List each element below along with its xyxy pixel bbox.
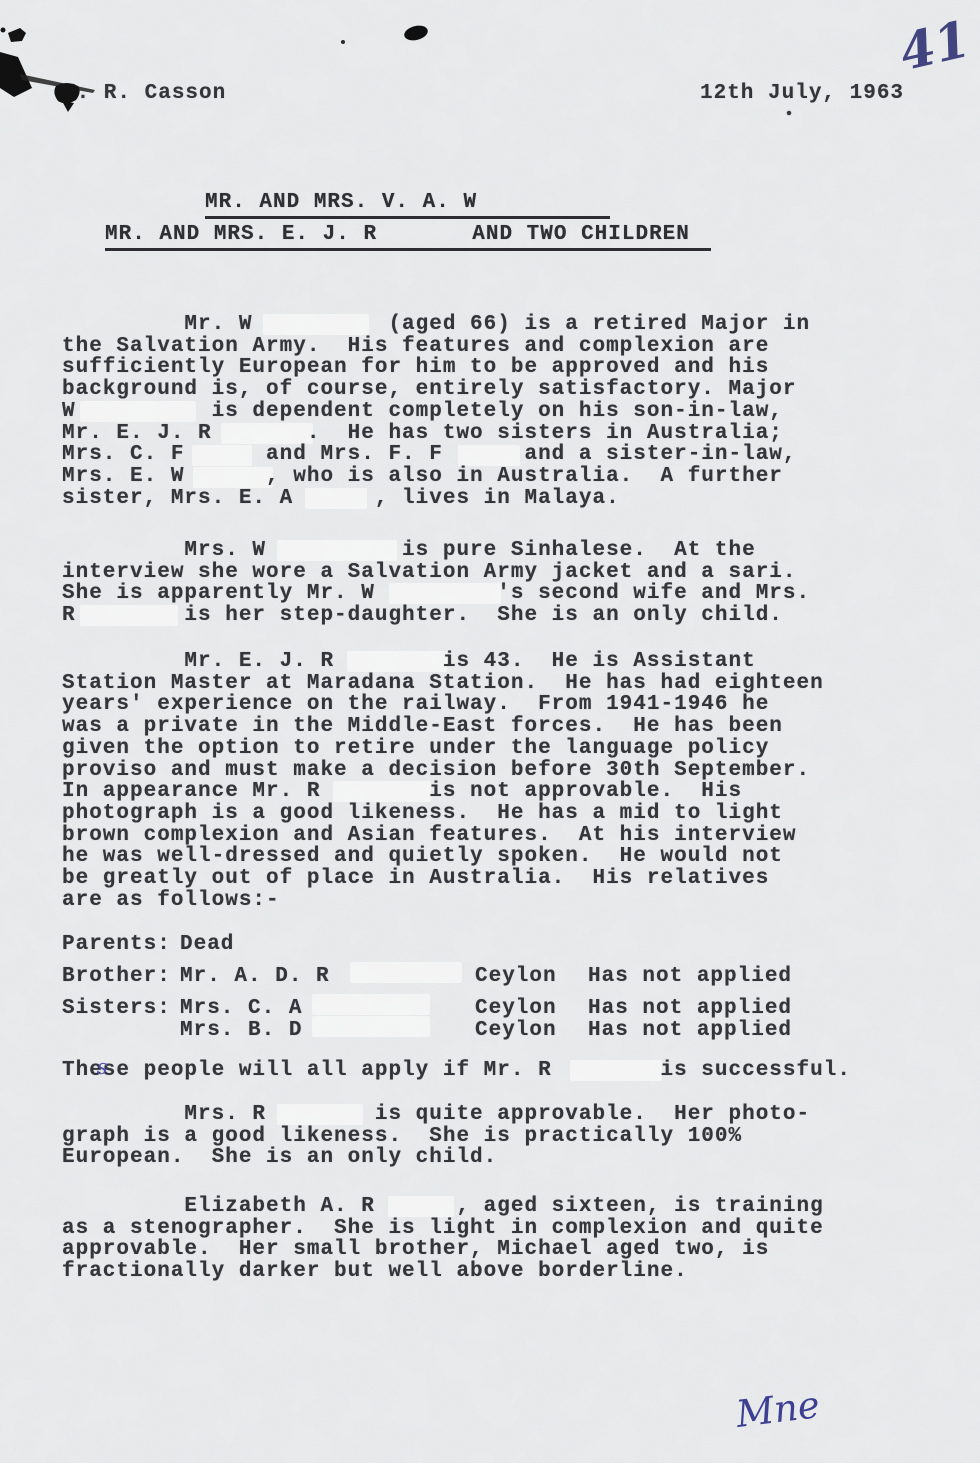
location-cell: Ceylon — [475, 1019, 557, 1042]
name-cell: Mrs. C. A — [180, 997, 302, 1020]
relation-cell: Brother: — [62, 965, 171, 988]
relation-cell: Sisters: — [62, 997, 171, 1020]
handwritten-correction: s — [96, 1055, 108, 1080]
relatives-table: Parents: Dead Brother: Mr. A. D. R Ceylo… — [62, 933, 922, 1043]
ink-blot — [0, 0, 980, 140]
paragraph-mr-r: Mr. E. J. R is 43. He is Assistant Stati… — [62, 651, 824, 911]
name-cell: Dead — [180, 933, 234, 956]
relation-cell: Parents: — [62, 933, 171, 956]
paragraph-mrs-r: Mrs. R is quite approvable. Her photo- g… — [62, 1104, 810, 1169]
name-cell: Mrs. B. D — [180, 1019, 302, 1042]
location-cell: Ceylon — [475, 997, 557, 1020]
title-line-1: MR. AND MRS. V. A. W — [205, 191, 610, 219]
title-line-2: MR. AND MRS. E. J. R AND TWO CHILDREN — [105, 223, 711, 251]
status-cell: Has not applied — [588, 1019, 792, 1042]
paragraph-elizabeth: Elizabeth A. R , aged sixteen, is traini… — [62, 1196, 824, 1283]
paragraph-mrs-w: Mrs. W is pure Sinhalese. At the intervi… — [62, 540, 810, 627]
closing-line: These people will all apply if Mr. R is … — [62, 1060, 851, 1082]
location-cell: Ceylon — [475, 965, 557, 988]
status-cell: Has not applied — [588, 997, 792, 1020]
paragraph-mr-w: Mr. W (aged 66) is a retired Major in th… — [62, 314, 810, 509]
name-cell: Mr. A. D. R — [180, 965, 330, 988]
status-cell: Has not applied — [588, 965, 792, 988]
